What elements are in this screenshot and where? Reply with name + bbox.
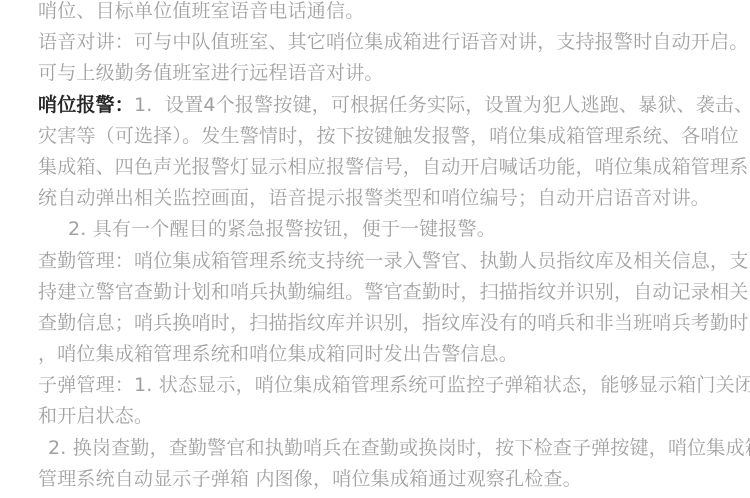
text-line: 查勤信息；哨兵换哨时，扫描指纹库并识别，指纹库没有的哨兵和非当班哨兵考勤时 bbox=[38, 308, 750, 339]
document-page: 哨位、目标单位值班室语音电话通信。 语音对讲：可与中队值班室、其它哨位集成箱进行… bbox=[0, 0, 750, 498]
line-text: 语音对讲：可与中队值班室、其它哨位集成箱进行语音对讲，支持报警时自动开启。 bbox=[38, 31, 748, 53]
text-line: ，哨位集成箱管理系统和哨位集成箱同时发出告警信息。 bbox=[38, 339, 750, 370]
text-line: 和开启状态。 bbox=[38, 401, 750, 432]
text-line: 可与上级勤务值班室进行远程语音对讲。 bbox=[38, 58, 750, 89]
line-text: 子弹管理：1. 状态显示，哨位集成箱管理系统可监控子弹箱状态，能够显示箱门关闭 bbox=[38, 374, 750, 396]
line-text: 管理系统自动显示子弹箱 内图像，哨位集成箱通过观察孔检查。 bbox=[38, 468, 582, 490]
line-text: ，哨位集成箱管理系统和哨位集成箱同时发出告警信息。 bbox=[38, 343, 518, 365]
line-text: 和开启状态。 bbox=[38, 405, 153, 427]
text-line: 语音对讲：可与中队值班室、其它哨位集成箱进行语音对讲，支持报警时自动开启。 bbox=[38, 27, 750, 58]
text-line: 查勤管理：哨位集成箱管理系统支持统一录入警官、执勤人员指纹库及相关信息，支 bbox=[38, 246, 750, 277]
line-text: 持建立警官查勤计划和哨兵执勤编组。警官查勤时，扫描指纹并识别，自动记录相关 bbox=[38, 281, 748, 303]
line-text: 集成箱、四色声光报警灯显示相应报警信号，自动开启喊话功能，哨位集成箱管理系 bbox=[38, 156, 748, 178]
line-text: 统自动弹出相关监控画面，语音提示报警类型和哨位编号；自动开启语音对讲。 bbox=[38, 187, 710, 209]
line-text: 2. 具有一个醒目的紧急报警按钮，便于一键报警。 bbox=[68, 218, 496, 240]
text-line: 管理系统自动显示子弹箱 内图像，哨位集成箱通过观察孔检查。 bbox=[38, 464, 750, 495]
line-text: 可与上级勤务值班室进行远程语音对讲。 bbox=[38, 62, 384, 84]
line-text: 灾害等（可选择）。发生警情时，按下按键触发报警，哨位集成箱管理系统、各哨位 bbox=[38, 125, 739, 147]
text-line: 2. 换岗查勤，查勤警官和执勤哨兵在查勤或换岗时，按下检查子弹按键，哨位集成箱 bbox=[38, 433, 750, 464]
text-line: 灾害等（可选择）。发生警情时，按下按键触发报警，哨位集成箱管理系统、各哨位 bbox=[38, 121, 750, 152]
text-line: 哨位报警：1. 设置4个报警按键，可根据任务实际，设置为犯人逃跑、暴狱、袭击、 bbox=[38, 90, 750, 121]
document-text-block: 哨位、目标单位值班室语音电话通信。 语音对讲：可与中队值班室、其它哨位集成箱进行… bbox=[38, 0, 750, 495]
text-line: 集成箱、四色声光报警灯显示相应报警信号，自动开启喊话功能，哨位集成箱管理系 bbox=[38, 152, 750, 183]
line-text: 哨位、目标单位值班室语音电话通信。 bbox=[38, 0, 364, 22]
text-line: 持建立警官查勤计划和哨兵执勤编组。警官查勤时，扫描指纹并识别，自动记录相关 bbox=[38, 277, 750, 308]
sentry-alarm-term: 哨位报警： bbox=[38, 94, 134, 116]
text-line: 2. 具有一个醒目的紧急报警按钮，便于一键报警。 bbox=[38, 214, 750, 245]
text-line: 子弹管理：1. 状态显示，哨位集成箱管理系统可监控子弹箱状态，能够显示箱门关闭 bbox=[38, 370, 750, 401]
line-text: 查勤管理：哨位集成箱管理系统支持统一录入警官、执勤人员指纹库及相关信息，支 bbox=[38, 250, 748, 272]
line-text: 查勤信息；哨兵换哨时，扫描指纹库并识别，指纹库没有的哨兵和非当班哨兵考勤时 bbox=[38, 312, 748, 334]
line-text: 2. 换岗查勤，查勤警官和执勤哨兵在查勤或换岗时，按下检查子弹按键，哨位集成箱 bbox=[48, 437, 750, 459]
text-line: 统自动弹出相关监控画面，语音提示报警类型和哨位编号；自动开启语音对讲。 bbox=[38, 183, 750, 214]
line-text: 1. 设置4个报警按键，可根据任务实际，设置为犯人逃跑、暴狱、袭击、 bbox=[134, 94, 750, 116]
text-line: 哨位、目标单位值班室语音电话通信。 bbox=[38, 0, 750, 27]
